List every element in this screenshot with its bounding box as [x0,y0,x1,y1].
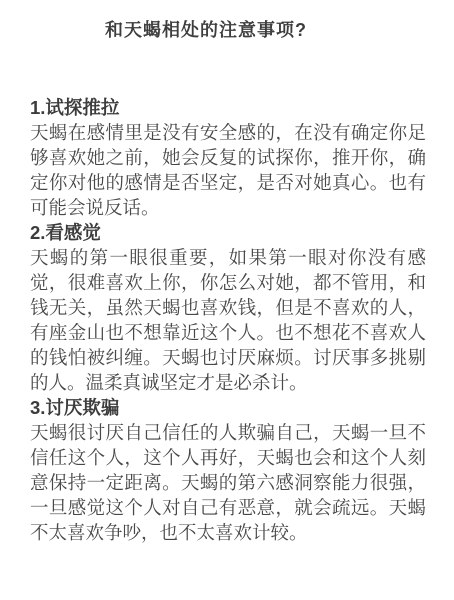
section-2-heading: 2.看感觉 [30,220,426,245]
page-title: 和天蝎相处的注意事项? [0,0,454,42]
section-3-paragraph: 天蝎很讨厌自己信任的人欺骗自己，天蝎一旦不信任这个人，这个人再好，天蝎也会和这个… [30,420,426,545]
section-1-heading: 1.试探推拉 [30,95,426,120]
section-2-paragraph: 天蝎的第一眼很重要，如果第一眼对你没有感觉，很难喜欢上你，你怎么对她，都不管用，… [30,245,426,395]
article-content: 1.试探推拉 天蝎在感情里是没有安全感的，在没有确定你足够喜欢她之前，她会反复的… [30,95,426,545]
section-3: 3.讨厌欺骗 天蝎很讨厌自己信任的人欺骗自己，天蝎一旦不信任这个人，这个人再好，… [30,395,426,545]
section-3-heading: 3.讨厌欺骗 [30,395,426,420]
article-page: 和天蝎相处的注意事项? 1.试探推拉 天蝎在感情里是没有安全感的，在没有确定你足… [0,0,454,600]
section-2: 2.看感觉 天蝎的第一眼很重要，如果第一眼对你没有感觉，很难喜欢上你，你怎么对她… [30,220,426,395]
section-1: 1.试探推拉 天蝎在感情里是没有安全感的，在没有确定你足够喜欢她之前，她会反复的… [30,95,426,220]
section-1-paragraph: 天蝎在感情里是没有安全感的，在没有确定你足够喜欢她之前，她会反复的试探你，推开你… [30,120,426,220]
